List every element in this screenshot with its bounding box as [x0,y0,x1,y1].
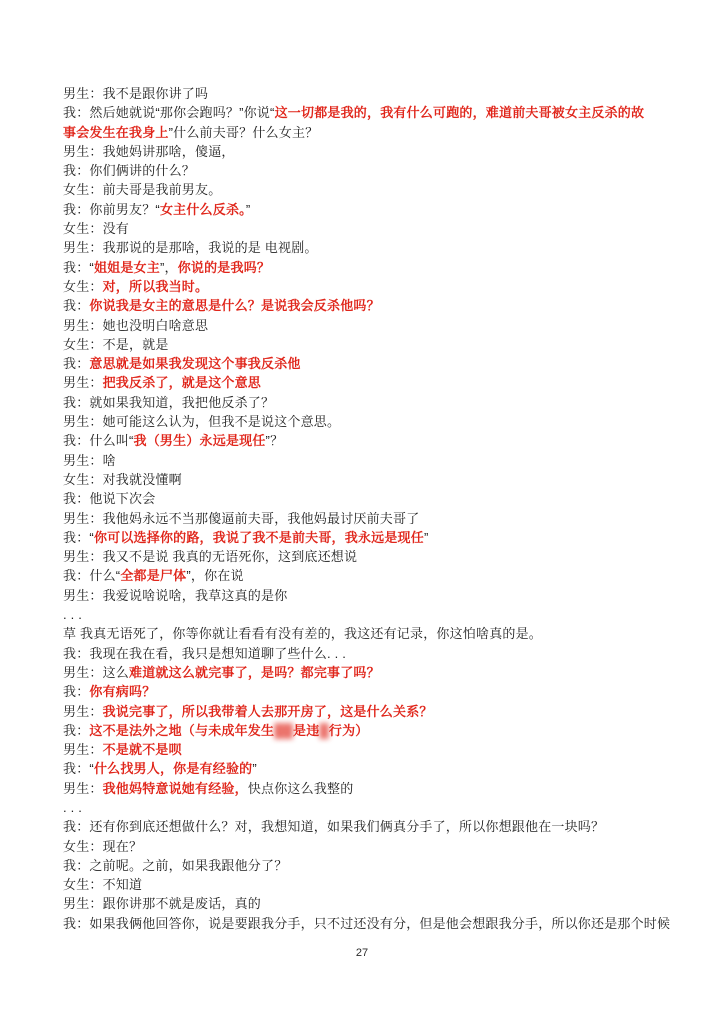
dialogue-text: 快点你这么我整的 [248,781,354,796]
dialogue-text: 女生：没有 [63,221,129,236]
dialogue-text: ”， [160,260,178,275]
dialogue-text: 我： [63,356,89,371]
dialogue-text: 这不是法外之地（与未成年发生 [89,723,274,738]
dialogue-line: 我：还有你到底还想做什么？对，我想知道，如果我们俩真分手了，所以你想跟他在一块吗… [63,817,668,836]
dialogue-text: 女生：前夫哥是我前男友。 [63,182,221,197]
dialogue-text: 女生： [63,279,103,294]
page-number: 27 [0,947,724,959]
dialogue-line: 男生：我爱说啥说啥，我草这真的是你 [63,586,668,605]
document-page: 男生：我不是跟你讲了吗我：然后她就说“那你会跑吗？”你说“这一切都是我的，我有什… [0,0,724,1024]
dialogue-line: 女生：对我就没懂啊 [63,470,668,489]
dialogue-line: 我：什么“全都是尸体”，你在说 [63,566,668,585]
dialogue-text: 男生：她可能这么认为，但我不是说这个意思。 [63,414,340,429]
dialogue-line: 我：你有病吗？ [63,682,668,701]
dialogue-text: 男生：她也没明白啥意思 [63,318,208,333]
dialogue-text: 对，所以我当时。 [103,279,209,294]
dialogue-text: 我：“ [63,530,94,545]
dialogue-text: 行为） [329,723,369,738]
dialogue-text: 意思就是如果我发现这个事我反杀他 [89,356,300,371]
dialogue-line: 女生：现在？ [63,837,668,856]
dialogue-text: 我他妈特意说她有经验， [103,781,248,796]
dialogue-line: 我：“什么找男人，你是有经验的” [63,759,668,778]
dialogue-text: . . . [63,607,82,622]
dialogue-text: 难道就这么就完事了，是吗？都完事了吗？ [129,665,380,680]
dialogue-line: 我：你说我是女主的意思是什么？是说我会反杀他吗？ [63,296,668,315]
dialogue-text: 男生： [63,781,103,796]
dialogue-line: 男生：跟你讲那不就是废话，真的 [63,894,668,913]
dialogue-text: 不是就不是呗 [103,742,182,757]
dialogue-line: 男生：这么难道就这么就完事了，是吗？都完事了吗？ [63,663,668,682]
dialogue-text: 草 我真无语死了，你等你就让看看有没有差的，我这还有记录，你这怕啥真的是。 [63,626,542,641]
dialogue-line: . . . [63,798,668,817]
dialogue-text: ”，你在说 [186,568,243,583]
dialogue-line: 我：你们俩讲的什么？ [63,161,668,180]
dialogue-text: 男生：这么 [63,665,129,680]
dialogue-line: 男生：我又不是说 我真的无语死你，这到底还想说 [63,547,668,566]
dialogue-text: 我： [63,684,89,699]
dialogue-text: 你可以选择你的路，我说了我不是前夫哥，我永远是现任 [94,530,424,545]
dialogue-text: 男生：我又不是说 我真的无语死你，这到底还想说 [63,549,357,564]
dialogue-text: 我：你们俩讲的什么？ [63,163,195,178]
dialogue-line: 我：他说下次会 [63,489,668,508]
dialogue-line: 男生：她可能这么认为，但我不是说这个意思。 [63,412,668,431]
dialogue-line: 男生：我说完事了，所以我带着人去那开房了，这是什么关系？ [63,702,668,721]
dialogue-line: 草 我真无语死了，你等你就让看看有没有差的，我这还有记录，你这怕啥真的是。 [63,624,668,643]
dialogue-line: 女生：没有 [63,219,668,238]
dialogue-line: 我：你前男友？“女主什么反杀。” [63,200,668,219]
dialogue-text: 男生：啥 [63,453,116,468]
dialogue-line: 我：我现在我在看，我只是想知道聊了些什么. . . [63,644,668,663]
dialogue-text: 我：还有你到底还想做什么？对，我想知道，如果我们俩真分手了，所以你想跟他在一块吗… [63,819,604,834]
dialogue-line: 男生：我他妈永远不当那傻逼前夫哥，我他妈最讨厌前夫哥了 [63,509,668,528]
dialogue-text: ”什么前夫哥？什么女主？ [169,125,319,140]
dialogue-text: 我：你前男友？“ [63,202,160,217]
dialogue-text: 我： [63,298,89,313]
chat-transcript: 男生：我不是跟你讲了吗我：然后她就说“那你会跑吗？”你说“这一切都是我的，我有什… [63,84,668,933]
dialogue-text: 男生：我爱说啥说啥，我草这真的是你 [63,588,287,603]
dialogue-text: 我：他说下次会 [63,491,155,506]
dialogue-line: 我：“你可以选择你的路，我说了我不是前夫哥，我永远是现任” [63,528,668,547]
dialogue-line: 女生：对，所以我当时。 [63,277,668,296]
redacted-text: █ [319,723,328,738]
dialogue-text: 女生：对我就没懂啊 [63,472,182,487]
dialogue-text: 男生：我那说的是那啥，我说的是 电视剧。 [63,240,318,255]
dialogue-line: 我：之前呢。之前，如果我跟他分了？ [63,856,668,875]
dialogue-line: 我：意思就是如果我发现这个事我反杀他 [63,354,668,373]
dialogue-line: 男生：我她妈讲那啥，傻逼， [63,142,668,161]
dialogue-text: 男生：我她妈讲那啥，傻逼， [63,144,235,159]
dialogue-text: 我（男生）永远是现任 [134,433,266,448]
dialogue-line: 女生：不是，就是 [63,335,668,354]
dialogue-text: ” [252,761,257,776]
dialogue-text: 什么找男人，你是有经验的 [94,761,252,776]
dialogue-text: 我说完事了，所以我带着人去那开房了，这是什么关系？ [103,704,433,719]
dialogue-text: 我：什么“ [63,568,120,583]
dialogue-text: 我：之前呢。之前，如果我跟他分了？ [63,858,287,873]
dialogue-text: 我：“ [63,260,94,275]
dialogue-text: 女生：不知道 [63,877,142,892]
dialogue-text: 女生：不是，就是 [63,337,169,352]
dialogue-text: 我： [63,723,89,738]
dialogue-text: 我：什么叫“ [63,433,134,448]
dialogue-text: 我：我现在我在看，我只是想知道聊了些什么. . . [63,646,346,661]
dialogue-line: 事会发生在我身上”什么前夫哥？什么女主？ [63,123,668,142]
dialogue-text: 全都是尸体 [120,568,186,583]
dialogue-line: 男生：把我反杀了，就是这个意思 [63,373,668,392]
dialogue-text: 你说我是女主的意思是什么？是说我会反杀他吗？ [89,298,379,313]
dialogue-line: 我：然后她就说“那你会跑吗？”你说“这一切都是我的，我有什么可跑的，难道前夫哥被… [63,103,668,122]
dialogue-line: 男生：她也没明白啥意思 [63,316,668,335]
dialogue-line: 我：这不是法外之地（与未成年发生██是违█行为） [63,721,668,740]
dialogue-text: 把我反杀了，就是这个意思 [103,375,261,390]
dialogue-text: ” [424,530,429,545]
dialogue-line: 男生：啥 [63,451,668,470]
dialogue-text: 男生： [63,742,103,757]
dialogue-text: . . . [63,800,82,815]
dialogue-text: 我：然后她就说“那你会跑吗？”你说“ [63,105,275,120]
dialogue-text: 是违 [293,723,319,738]
dialogue-line: 男生：我不是跟你讲了吗 [63,84,668,103]
dialogue-text: 事会发生在我身上 [63,125,169,140]
dialogue-text: 女主什么反杀。 [160,202,246,217]
redacted-text: ██ [274,723,293,738]
dialogue-text: 女生：现在？ [63,839,142,854]
dialogue-line: 我：如果我俩他回答你，说是要跟我分手，只不过还没有分，但是他会想跟我分手，所以你… [63,914,668,933]
dialogue-text: 男生： [63,704,103,719]
dialogue-line: 女生：不知道 [63,875,668,894]
dialogue-text: 我：就如果我知道，我把他反杀了？ [63,395,274,410]
dialogue-text: 我：如果我俩他回答你，说是要跟我分手，只不过还没有分，但是他会想跟我分手，所以你… [63,916,670,931]
dialogue-text: 男生：我他妈永远不当那傻逼前夫哥，我他妈最讨厌前夫哥了 [63,511,419,526]
dialogue-text: 你说的是我吗？ [178,260,270,275]
dialogue-line: 女生：前夫哥是我前男友。 [63,180,668,199]
dialogue-text: ”？ [266,433,284,448]
dialogue-text: 这一切都是我的，我有什么可跑的，难道前夫哥被女主反杀的故 [275,105,645,120]
dialogue-line: 男生：我那说的是那啥，我说的是 电视剧。 [63,238,668,257]
dialogue-line: 男生：不是就不是呗 [63,740,668,759]
dialogue-line: 男生：我他妈特意说她有经验，快点你这么我整的 [63,779,668,798]
dialogue-text: ” [246,202,251,217]
dialogue-line: 我：“姐姐是女主”，你说的是我吗？ [63,258,668,277]
dialogue-text: 男生： [63,375,103,390]
dialogue-text: 男生：我不是跟你讲了吗 [63,86,208,101]
dialogue-line: 我：就如果我知道，我把他反杀了？ [63,393,668,412]
dialogue-text: 你有病吗？ [89,684,155,699]
dialogue-text: 我：“ [63,761,94,776]
dialogue-text: 男生：跟你讲那不就是废话，真的 [63,896,261,911]
dialogue-line: 我：什么叫“我（男生）永远是现任”？ [63,431,668,450]
dialogue-line: . . . [63,605,668,624]
dialogue-text: 姐姐是女主 [94,260,160,275]
